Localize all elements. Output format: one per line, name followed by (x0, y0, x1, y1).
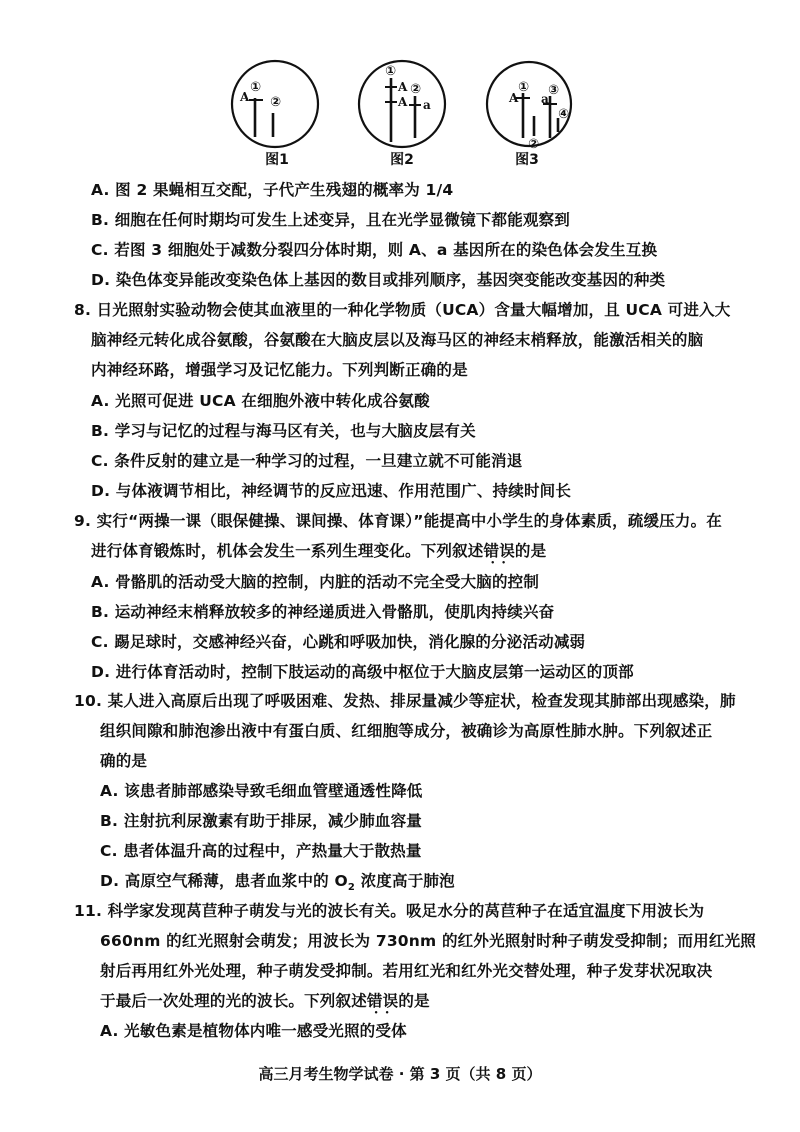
q8-stem-line-3: 内神经环路，增强学习及记忆能力。下列判断正确的是 (91, 358, 468, 380)
allele-label: A (239, 90, 250, 104)
q10-option-b: B. 注射抗利尿激素有助于排尿，减少肺血容量 (100, 809, 422, 831)
q11-stem-text: 于最后一次处理的光的波长。下列叙述 (100, 992, 367, 1010)
chromosome-4-label: ④ (558, 107, 569, 122)
q7-option-c: C. 若图 3 细胞处于减数分裂四分体时期，则 A、a 基因所在的染色体会发生互… (91, 238, 657, 260)
figure-1: A ① ② 图1 (222, 58, 332, 168)
q11-stem-line-3: 射后再用红外光处理，种子萌发受抑制。若用红光和红外光交替处理，种子发芽状况取决 (100, 959, 712, 981)
q7-option-d: D. 染色体变异能改变染色体上基因的数目或排列顺序，基因突变能改变基因的种类 (91, 268, 665, 290)
q9-option-b: B. 运动神经末梢释放较多的神经递质进入骨骼肌，使肌肉持续兴奋 (91, 600, 554, 622)
q10-stem-line-1: 10. 某人进入高原后出现了呼吸困难、发热、排尿量减少等症状，检查发现其肺部出现… (74, 689, 736, 711)
chromosome-1-label: ① (385, 64, 396, 79)
q10-option-d-end: 浓度高于肺泡 (355, 872, 455, 890)
figure-1-diagram: A ① ② (222, 58, 332, 150)
q8-option-b: B. 学习与记忆的过程与海马区有关，也与大脑皮层有关 (91, 419, 476, 441)
q11-stem-line-2: 660nm 的红光照射会萌发；用波长为 730nm 的红外光照射时种子萌发受抑制… (100, 929, 756, 951)
q7-option-b: B. 细胞在任何时期均可发生上述变异，且在光学显微镜下都能观察到 (91, 208, 570, 230)
figure-caption: 图1 (222, 149, 332, 169)
emphasis-wrong: 错误 (484, 542, 515, 560)
figure-2: ① A A ② a 图2 (347, 58, 457, 168)
q9-option-d: D. 进行体育活动时，控制下肢运动的高级中枢位于大脑皮层第一运动区的顶部 (91, 660, 634, 682)
emphasis-wrong: 错误 (367, 992, 398, 1010)
q10-option-a: A. 该患者肺部感染导致毛细血管壁通透性降低 (100, 779, 422, 801)
q9-option-c: C. 踢足球时，交感神经兴奋，心跳和呼吸加快，消化腺的分泌活动减弱 (91, 630, 585, 652)
q8-stem-line-2: 脑神经元转化成谷氨酸，谷氨酸在大脑皮层以及海马区的神经末梢释放，能激活相关的脑 (91, 328, 703, 350)
q11-stem-line-1: 11. 科学家发现莴苣种子萌发与光的波长有关。吸足水分的莴苣种子在适宜温度下用波… (74, 899, 704, 921)
figure-3: A ① ② a ③ ④ 图3 (472, 58, 582, 168)
q11-stem-line-4: 于最后一次处理的光的波长。下列叙述错误的是 (100, 989, 430, 1011)
q8-option-c: C. 条件反射的建立是一种学习的过程，一旦建立就不可能消退 (91, 449, 522, 471)
allele-right-label: a (423, 98, 431, 112)
q9-stem-text: 进行体育锻炼时，机体会发生一系列生理变化。下列叙述 (91, 542, 484, 560)
figure-3-diagram: A ① ② a ③ ④ (472, 58, 582, 150)
q9-stem-line-2: 进行体育锻炼时，机体会发生一系列生理变化。下列叙述错误的是 (91, 539, 546, 561)
chromosome-2-label: ② (270, 95, 281, 110)
chromosome-figures: A ① ② 图1 ① A A ② a 图2 (0, 0, 800, 175)
q8-option-d: D. 与体液调节相比，神经调节的反应迅速、作用范围广、持续时间长 (91, 479, 571, 501)
figure-caption: 图3 (472, 149, 582, 169)
q11-stem-end: 的是 (398, 992, 429, 1010)
q9-stem-line-1: 9. 实行“两操一课（眼保健操、课间操、体育课）”能提高中小学生的身体素质，疏缓… (74, 509, 722, 531)
chromosome-2-label: ② (410, 82, 421, 97)
q10-option-d: D. 高原空气稀薄，患者血浆中的 O2 浓度高于肺泡 (100, 869, 455, 893)
q7-option-a: A. 图 2 果蝇相互交配，子代产生残翅的概率为 1/4 (91, 178, 453, 200)
q8-stem-line-1: 8. 日光照射实验动物会使其血液里的一种化学物质（UCA）含量大幅增加，且 UC… (74, 298, 730, 320)
page-footer: 高三月考生物学试卷 · 第 3 页（共 8 页） (0, 1063, 800, 1084)
q9-option-a: A. 骨骼肌的活动受大脑的控制，内脏的活动不完全受大脑的控制 (91, 570, 539, 592)
q10-option-d-text: D. 高原空气稀薄，患者血浆中的 O (100, 872, 348, 890)
q10-stem-line-3: 确的是 (100, 749, 147, 771)
allele-top-label: A (397, 80, 408, 94)
q8-option-a: A. 光照可促进 UCA 在细胞外液中转化成谷氨酸 (91, 389, 430, 411)
q11-option-a: A. 光敏色素是植物体内唯一感受光照的受体 (100, 1019, 407, 1041)
q9-stem-end: 的是 (515, 542, 546, 560)
q10-option-c: C. 患者体温升高的过程中，产热量大于散热量 (100, 839, 422, 861)
chromosome-1-label: ① (250, 80, 261, 95)
q10-stem-line-2: 组织间隙和肺泡渗出液中有蛋白质、红细胞等成分，被确诊为高原性肺水肿。下列叙述正 (100, 719, 712, 741)
chromosome-3-label: ③ (548, 83, 559, 98)
chromosome-1-label: ① (518, 80, 529, 95)
subscript: 2 (348, 882, 355, 893)
figure-caption: 图2 (347, 149, 457, 169)
figure-2-diagram: ① A A ② a (347, 58, 457, 150)
allele-mid-label: A (397, 95, 408, 109)
